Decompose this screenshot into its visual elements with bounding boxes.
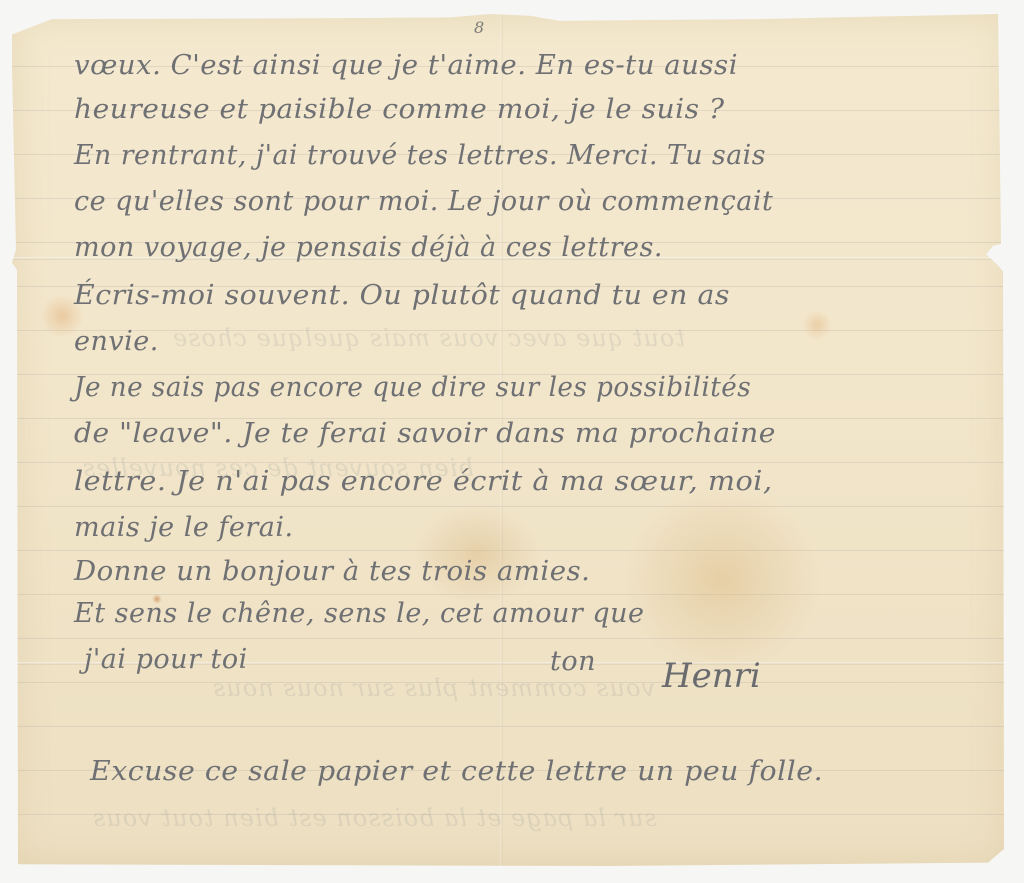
ruled-line xyxy=(12,638,1008,639)
letter-line: envie. xyxy=(74,326,159,357)
letter-line: En rentrant, j'ai trouvé tes lettres. Me… xyxy=(74,140,766,171)
letter-line: Donne un bonjour à tes trois amies. xyxy=(74,556,590,587)
letter-line: lettre. Je n'ai pas encore écrit à ma sœ… xyxy=(74,466,773,497)
water-stain xyxy=(412,504,542,604)
letter-line: ce qu'elles sont pour moi. Le jour où co… xyxy=(74,186,773,217)
bleed-through-text: vous comment plus sur nous nous xyxy=(212,674,655,702)
letter-line: mais je le ferai. xyxy=(74,512,294,543)
ruled-line xyxy=(12,726,1008,727)
page-number: 8 xyxy=(474,18,484,37)
ruled-line xyxy=(12,506,1008,507)
bleed-through-text: tout que avec vous mais quelque chose xyxy=(172,324,685,352)
ruled-line xyxy=(12,594,1008,595)
foxing-spot xyxy=(802,310,832,340)
letter-line: j'ai pour toi xyxy=(84,644,248,675)
signature: Henri xyxy=(662,656,761,696)
ruled-line xyxy=(12,550,1008,551)
letter-line: mon voyage, je pensais déjà à ces lettre… xyxy=(74,232,663,263)
letter-line: Et sens le chêne, sens le, cet amour que xyxy=(74,598,644,629)
letter-line: vœux. C'est ainsi que je t'aime. En es-t… xyxy=(74,50,738,81)
scanned-letter: tout que avec vous mais quelque chose bi… xyxy=(0,0,1024,883)
letter-line: Écris-moi souvent. Ou plutôt quand tu en… xyxy=(74,280,730,311)
letter-line: heureuse et paisible comme moi, je le su… xyxy=(74,94,725,125)
postscript: Excuse ce sale papier et cette lettre un… xyxy=(90,756,823,787)
letter-line: Je ne sais pas encore que dire sur les p… xyxy=(74,372,751,403)
bleed-through-text: sur la page et la boisson est bien tout … xyxy=(92,804,657,832)
water-stain xyxy=(622,484,822,674)
letter-line: de "leave". Je te ferai savoir dans ma p… xyxy=(74,418,776,449)
valediction: ton xyxy=(550,646,596,677)
letter-paper: tout que avec vous mais quelque chose bi… xyxy=(12,14,1008,866)
